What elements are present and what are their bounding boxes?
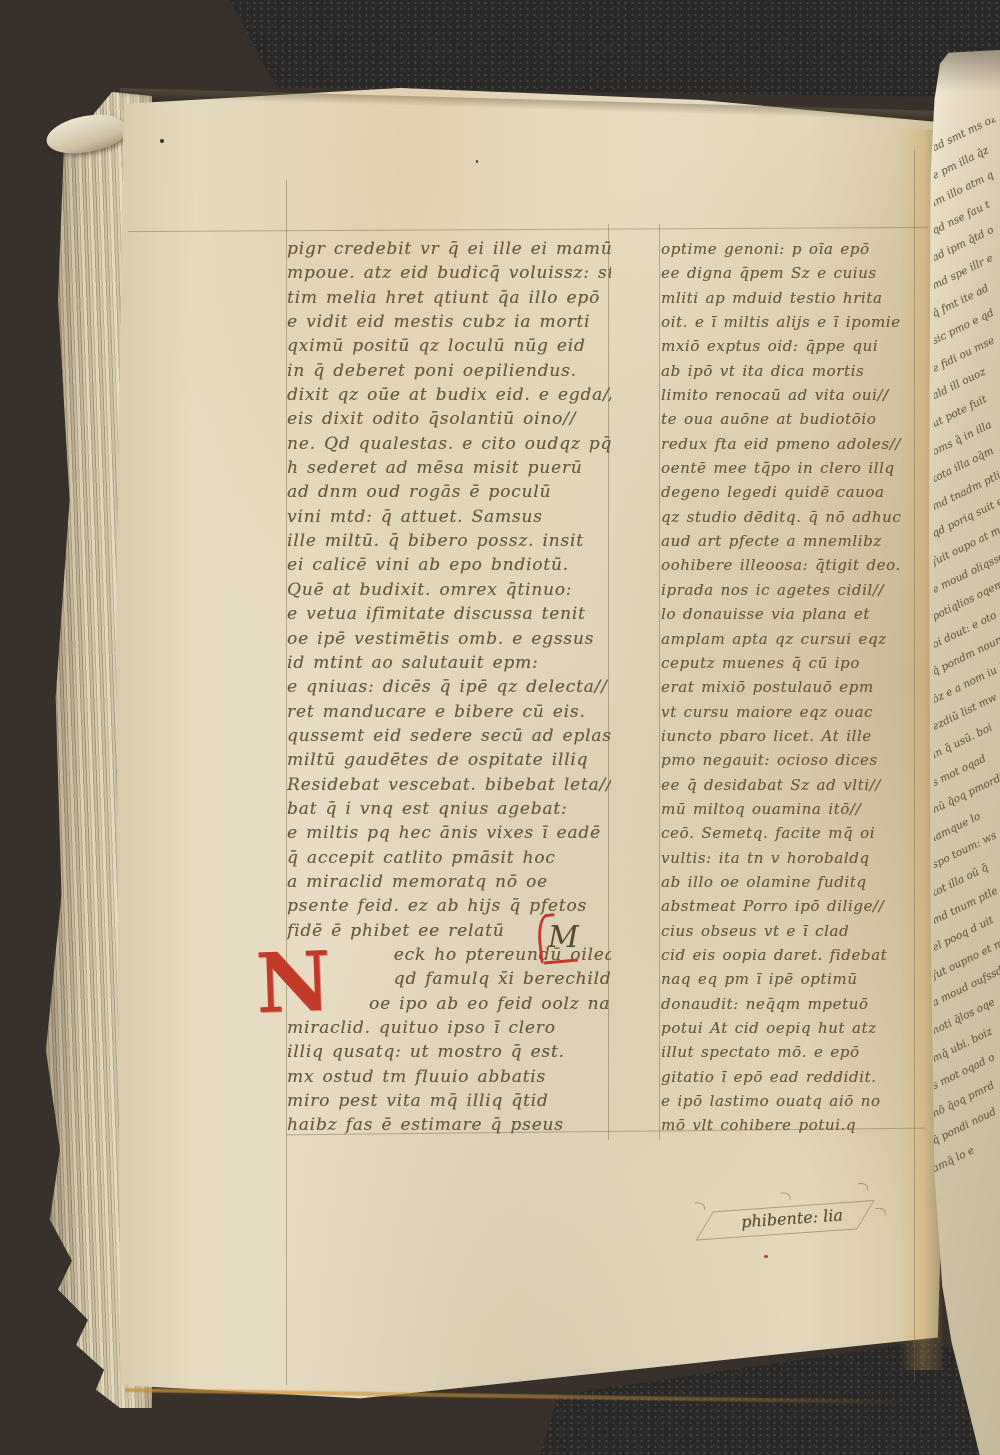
manuscript-line: degeno legedi quidē cauoa [661, 480, 913, 504]
facing-page-text: ad smt ms oze pm illa q̄zim illo atm qqd… [934, 118, 1000, 1223]
manuscript-line: limito renocaū ad vita oui// [661, 383, 913, 407]
manuscript-line: Residebat vescebat. bibebat leta// [287, 773, 611, 797]
rubric-initial-n: N [255, 945, 333, 1023]
dust-speck [160, 139, 164, 143]
manuscript-line: id mtint ao salutauit epm: [287, 651, 611, 675]
manuscript-line: illut spectato mō. e epō [661, 1040, 913, 1064]
manuscript-line: redux fta eid pmeno adoles// [661, 432, 913, 456]
manuscript-line: optime genoni: p oīa epō [661, 237, 913, 261]
manuscript-line: ne. Qd qualestas. e cito oudqz pq̄ [287, 432, 611, 456]
guide-letter-glyph: M [548, 920, 579, 955]
manuscript-line: aud art pfecte a mnemlibz [661, 529, 913, 553]
manuscript-line: oe ipē vestimētis omb. e egssus [287, 627, 611, 651]
manuscript-line: oe ipo ab eo feid oolz narrare [287, 992, 611, 1016]
manuscript-line: in q̄ deberet poni oepiliendus. [287, 359, 611, 383]
manuscript-line: potui At cid oepiq hut atz [661, 1016, 913, 1040]
manuscript-line: a miraclid memoratq nō oe [287, 870, 611, 894]
manuscript-line: eis dixit odito q̄solantiū oino// [287, 407, 611, 431]
manuscript-line: lo donauisse via plana et [661, 602, 913, 626]
manuscript-line: tim melia hret qtiunt q̄a illo epō [287, 286, 611, 310]
dust-speck [476, 160, 478, 163]
manuscript-line: ret manducare e bibere cū eis. [287, 700, 611, 724]
manuscript-line: qussemt eid sedere secū ad eplas: [287, 724, 611, 748]
manuscript-line: vultis: ita tn v horobaldq [661, 846, 913, 870]
manuscript-line: mxiō exptus oid: q̄ppe qui [661, 334, 913, 358]
banner-flourish [875, 1207, 886, 1216]
ruling-line-vertical [659, 224, 660, 1140]
manuscript-line: e ipō lastimo ouatq aiō no [661, 1089, 913, 1113]
manuscript-line: vt cursu maiore eqz ouac [661, 700, 913, 724]
manuscript-line: amplam apta qz cursui eqz [661, 627, 913, 651]
text-column-left: pigr credebit vr q̄ ei ille ei mamūmpoue… [287, 237, 611, 1139]
manuscript-line: mx ostud tm fluuio abbatis [287, 1065, 611, 1089]
manuscript-line: qd famulq x̄i berechildeq in [287, 967, 611, 991]
manuscript-line: vini mtd: q̄ attuet. Samsus [287, 505, 611, 529]
manuscript-line: e qniuas: dicēs q̄ ipē qz delecta// [287, 675, 611, 699]
manuscript-line: q̄ accepit catlito pmāsit hoc [287, 846, 611, 870]
manuscript-line: iuncto pbaro licet. At ille [661, 724, 913, 748]
manuscript-photograph: { "photo": { "palette": { "background": … [0, 0, 1000, 1455]
manuscript-line: pmo negauit: ocioso dices [661, 748, 913, 772]
manuscript-line: mliti ap mduid testio hrita [661, 286, 913, 310]
ruling-line-vertical [914, 150, 915, 1380]
manuscript-line: ab illo oe olamine fuditq [661, 870, 913, 894]
manuscript-line: mū miltoq ouamina itō// [661, 797, 913, 821]
manuscript-line: gitatio ī epō ead reddidit. [661, 1065, 913, 1089]
manuscript-line: Quē at budixit. omrex q̄tinuo: [287, 578, 611, 602]
manuscript-line: ceō. Semetq. facite mq̄ oi [661, 821, 913, 845]
manuscript-line: dixit qz oūe at budix eid. e egda// [287, 383, 611, 407]
manuscript-line: mō vlt cohibere potui.q [661, 1113, 913, 1137]
manuscript-line: qz studio dēditq. q̄ nō adhuc [661, 505, 913, 529]
red-ink-speck [764, 1255, 768, 1258]
guide-letter-m: M [538, 912, 586, 968]
text-column-right: optime genoni: p oīa epōee digna q̄pem S… [661, 237, 913, 1139]
manuscript-line: ceputz muenes q̄ cū ipo [661, 651, 913, 675]
manuscript-line: ad dnm oud rogās ē poculū [287, 480, 611, 504]
manuscript-line: pigr credebit vr q̄ ei ille ei mamū [287, 237, 611, 261]
manuscript-line: donaudit: neq̄qm mpetuō [661, 992, 913, 1016]
manuscript-line: e vetua ifimitate discussa tenit [287, 602, 611, 626]
manuscript-line: cius obseus vt e ī clad [661, 919, 913, 943]
manuscript-line: te oua auōne at budiotōio [661, 407, 913, 431]
manuscript-line: e miltis pq hec ānis vixes ī eadē [287, 821, 611, 845]
manuscript-line: miro pest vita mq̄ illiq q̄tid [287, 1089, 611, 1113]
manuscript-line: bat q̄ i vnq est qnius agebat: [287, 797, 611, 821]
manuscript-line: cid eis oopia daret. fidebat [661, 943, 913, 967]
manuscript-line: ab ipō vt ita dica mortis [661, 359, 913, 383]
manuscript-line: iprada nos ic agetes cidil// [661, 578, 913, 602]
manuscript-line: oohibere illeoosa: q̄tigit deo. [661, 553, 913, 577]
manuscript-line: e vidit eid mestis cubz ia morti [287, 310, 611, 334]
manuscript-line: qximū positū qz loculū nūg eid [287, 334, 611, 358]
manuscript-line: abstmeat Porro ipō dilige// [661, 894, 913, 918]
manuscript-line: erat mixiō postulauō epm [661, 675, 913, 699]
manuscript-line: miraclid. quituo ipso ī clero [287, 1016, 611, 1040]
catchword-text: phibente: lia [711, 1200, 872, 1237]
manuscript-line: h sederet ad mēsa misit puerū [287, 456, 611, 480]
manuscript-line: ee digna q̄pem Sz e cuius [661, 261, 913, 285]
manuscript-line: oit. e ī miltis alijs e ī ipomie [661, 310, 913, 334]
manuscript-line: haibz fas ē estimare q̄ pseus [287, 1113, 611, 1137]
manuscript-line: mpoue. atz eid budicq̄ voluissz: sta// [287, 261, 611, 285]
manuscript-line: illiq qusatq: ut mostro q̄ est. [287, 1040, 611, 1064]
manuscript-line: ee q̄ desidabat Sz ad vlti// [661, 773, 913, 797]
manuscript-line: ei calicē vini ab epo bndiotū. [287, 553, 611, 577]
manuscript-line: naq eq pm ī ipē optimū [661, 967, 913, 991]
banner-flourish [695, 1202, 706, 1211]
manuscript-line: miltū gaudētes de ospitate illiq [287, 748, 611, 772]
manuscript-line: oentē mee tq̄po in clero illq [661, 456, 913, 480]
manuscript-line: ille miltū. q̄ bibero possz. insit [287, 529, 611, 553]
